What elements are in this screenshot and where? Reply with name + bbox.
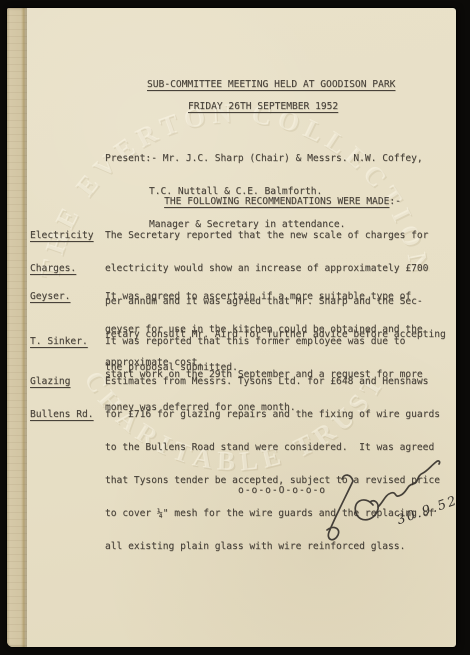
meeting-title: SUB-COMMITTEE MEETING HELD AT GOODISON P… xyxy=(147,79,395,90)
text-line: to the Bullens Road stand were considere… xyxy=(105,442,440,453)
heading-suffix: :- xyxy=(389,196,401,207)
text-line: Estimates from Messrs. Tysons Ltd. for £… xyxy=(105,376,440,387)
scan-background: { "colors": { "scan_background": "#0b0a0… xyxy=(0,0,470,655)
meeting-date-title: FRIDAY 26TH SEPTEMBER 1952 xyxy=(188,101,338,112)
signature-reen-stroke xyxy=(378,461,440,507)
text-line: T. Sinker. xyxy=(30,336,88,347)
text-line: It was reported that this former employe… xyxy=(105,336,423,347)
text-line: Present:- Mr. J.C. Sharp (Chair) & Messr… xyxy=(105,153,423,164)
signature-initial-stroke xyxy=(327,475,353,540)
text-line: Glazing xyxy=(30,376,94,387)
text-line: Geyser. xyxy=(30,291,70,302)
text-line: It was agreed to ascertain if a more sui… xyxy=(105,291,423,302)
heading-text: THE FOLLOWING RECOMMENDATIONS WERE MADE xyxy=(164,196,389,207)
text-line: Bullens Rd. xyxy=(30,409,94,420)
text-line: for £716 for glazing repairs and the fix… xyxy=(105,409,440,420)
text-line: The Secretary reported that the new scal… xyxy=(105,230,446,241)
item-label-glazing-bullens-rd: Glazing Bullens Rd. xyxy=(30,354,94,442)
minutes-page: THE EVERTON COLLECTION THE EVERTON COLLE… xyxy=(7,8,456,647)
adjacent-page-edge xyxy=(7,8,27,647)
text-line: Electricity xyxy=(30,230,94,241)
signature-g-loop xyxy=(355,500,378,520)
